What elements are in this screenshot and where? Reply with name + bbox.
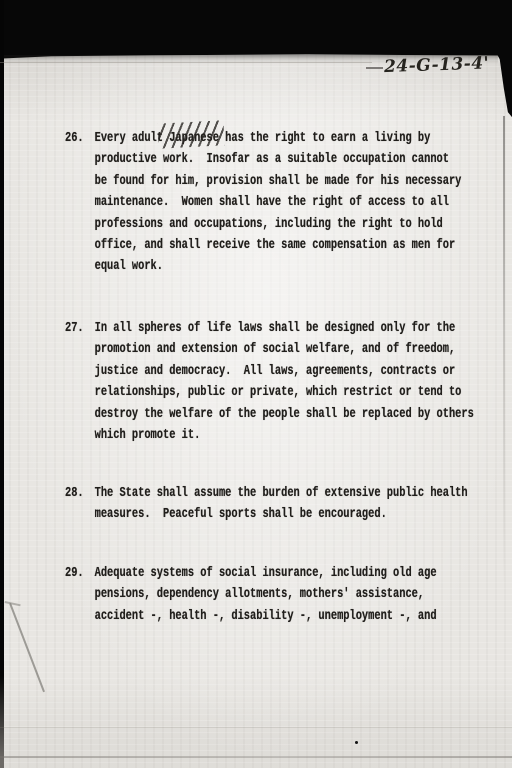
paper-crease-line — [0, 727, 512, 728]
film-border-left — [0, 0, 4, 768]
paragraph-28: 28. The State shall assume the burden of… — [65, 483, 481, 526]
paper-crease-line — [0, 756, 512, 758]
scanned-page: 24-G-13-4' 26. Every adult Japanese has … — [0, 0, 512, 768]
paragraph-text: Every adult Japanese has the right to ea… — [95, 128, 481, 278]
paragraph-text: In all spheres of life laws shall be des… — [95, 318, 481, 446]
paragraph-number: 26. — [65, 128, 95, 149]
handwritten-strikeout-mark — [157, 120, 224, 148]
paragraph-number: 29. — [65, 563, 95, 584]
paragraph-text: The State shall assume the burden of ext… — [95, 483, 481, 526]
paragraph-text: Adequate systems of social insurance, in… — [95, 563, 481, 627]
ink-dot — [355, 741, 358, 744]
paper-seam-line — [0, 62, 372, 63]
paragraph-number: 27. — [65, 318, 95, 339]
paragraph-number: 28. — [65, 483, 95, 504]
paragraph-29: 29. Adequate systems of social insurance… — [65, 563, 481, 627]
paragraph-26: 26. Every adult Japanese has the right t… — [65, 128, 481, 278]
handwritten-archive-code: 24-G-13-4' — [384, 51, 505, 79]
paragraph-27: 27. In all spheres of life laws shall be… — [65, 318, 481, 446]
page-edge-crease — [503, 116, 505, 586]
pencil-tick-mark — [5, 601, 21, 606]
pencil-dash — [366, 67, 383, 69]
pencil-diagonal-mark — [9, 603, 45, 692]
